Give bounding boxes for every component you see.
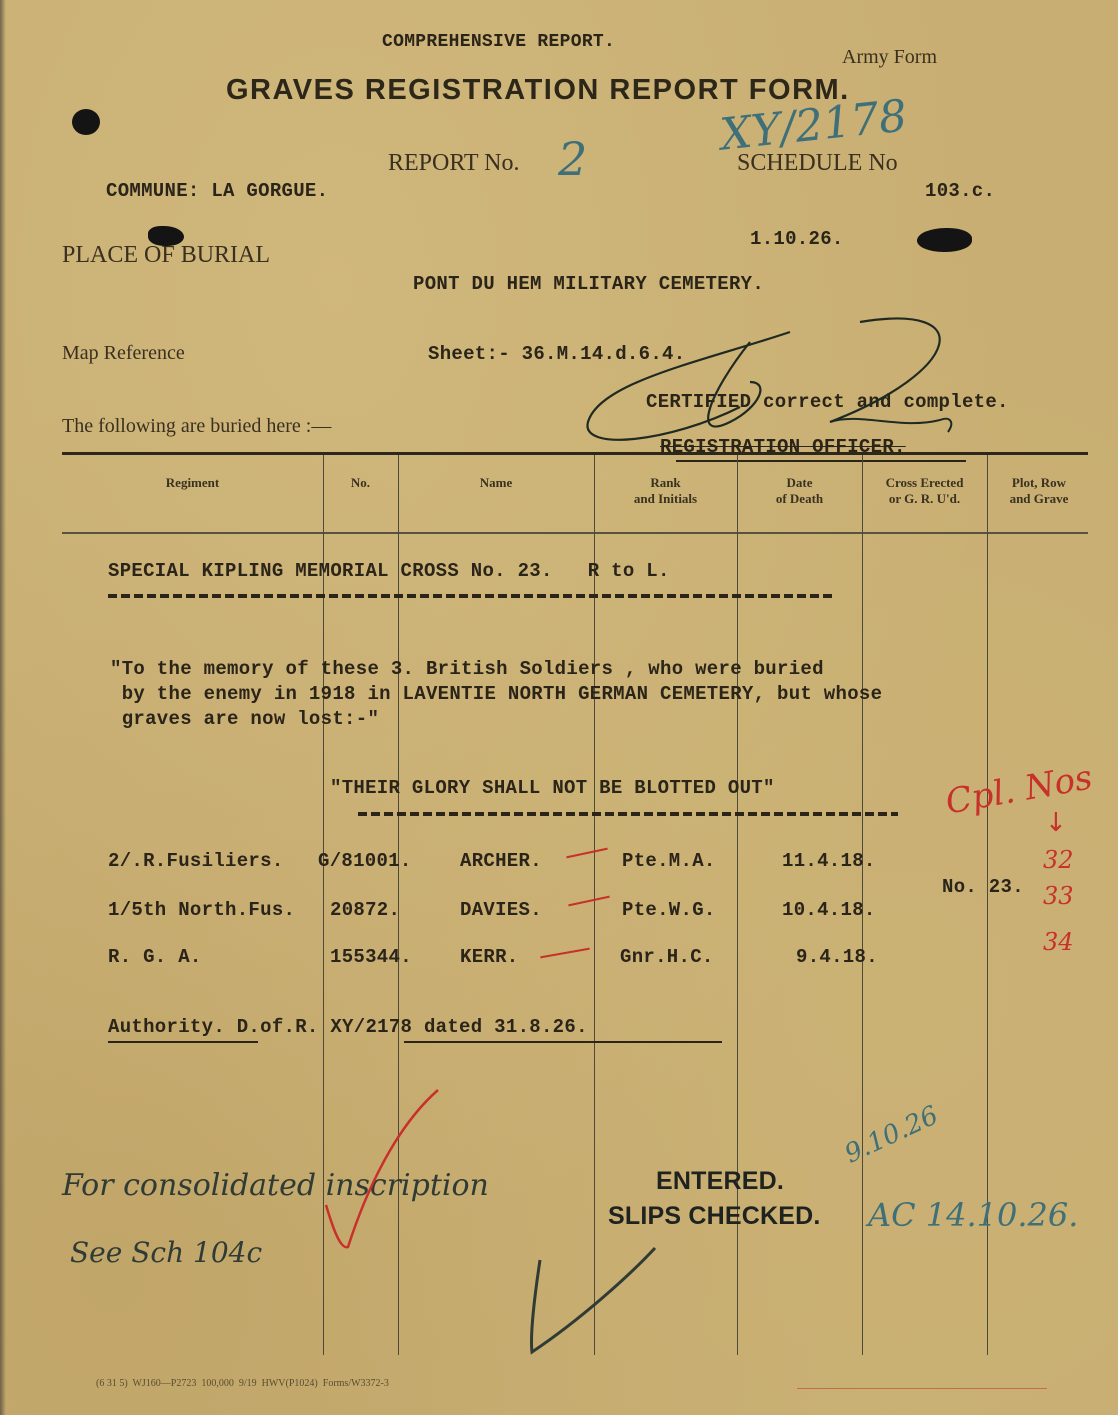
red-down-arrow-icon: ↓	[1045, 808, 1067, 838]
inscription-line-1: "To the memory of these 3. British Soldi…	[110, 658, 824, 680]
row-date: 11.4.18.	[782, 850, 876, 872]
comprehensive-report-heading: COMPREHENSIVE REPORT.	[382, 32, 615, 52]
row-date: 9.4.18.	[796, 946, 878, 968]
row-number: 155344.	[330, 946, 412, 968]
schedule-no-label: SCHEDULE No	[737, 150, 898, 177]
inscription-line-2: by the enemy in 1918 in LAVENTIE NORTH G…	[110, 683, 882, 705]
punch-hole-mark	[72, 109, 100, 135]
column-header-regiment: Regiment	[62, 475, 323, 491]
epitaph: "THEIR GLORY SHALL NOT BE BLOTTED OUT"	[330, 777, 775, 799]
inscription-line-3: graves are now lost:-"	[110, 708, 379, 730]
column-divider	[594, 455, 595, 1355]
column-header-rank: Rankand Initials	[594, 475, 737, 507]
stamp-slips-checked: SLIPS CHECKED.	[608, 1202, 821, 1231]
stamp-entered: ENTERED.	[656, 1167, 784, 1196]
column-header-name: Name	[398, 475, 594, 491]
cross-erected-value: No. 23.	[942, 876, 1024, 898]
red-corner-mark	[797, 1388, 1047, 1389]
epitaph-dashed-rule	[358, 812, 898, 816]
red-tick-mark	[568, 896, 609, 907]
check-mark-icon	[520, 1240, 670, 1360]
row-rank: Pte.W.G.	[622, 899, 716, 921]
red-tick-mark	[566, 848, 607, 859]
scan-edge-shadow	[0, 0, 6, 1415]
place-of-burial-label: PLACE OF BURIAL	[62, 242, 270, 269]
row-number: G/81001.	[318, 850, 412, 872]
row-date: 10.4.18.	[782, 899, 876, 921]
ink-blot	[917, 228, 972, 252]
row-rank: Gnr.H.C.	[620, 946, 714, 968]
form-title: GRAVES REGISTRATION REPORT FORM.	[226, 74, 850, 107]
commune: COMMUNE: LA GORGUE.	[106, 180, 328, 202]
authority-underline-2	[404, 1041, 722, 1043]
table-top-rule	[62, 452, 1088, 455]
report-no-label: REPORT No.	[388, 150, 519, 177]
row-plot-handwritten: 33	[1043, 882, 1074, 910]
map-reference-label: Map Reference	[62, 342, 185, 365]
memorial-dashed-rule	[108, 594, 836, 598]
following-buried-label: The following are buried here :—	[62, 415, 331, 438]
row-regiment: R. G. A.	[108, 946, 202, 968]
red-check-mark-icon	[318, 1085, 448, 1255]
table-header-bottom-rule	[62, 532, 1088, 534]
red-tick-mark	[540, 948, 590, 959]
handwritten-see-schedule: See Sch 104c	[70, 1236, 262, 1269]
column-header-plot-row-grave: Plot, Rowand Grave	[987, 475, 1091, 507]
place-of-burial-value: PONT DU HEM MILITARY CEMETERY.	[413, 273, 764, 295]
row-regiment: 1/5th North.Fus.	[108, 899, 295, 921]
row-name: KERR.	[460, 946, 519, 968]
army-form-label: Army Form	[842, 46, 937, 69]
report-date: 1.10.26.	[750, 228, 844, 250]
row-plot-handwritten: 32	[1043, 846, 1074, 874]
handwritten-date-initials-1: 9.10.26	[840, 1100, 943, 1169]
column-header-cross-erected: Cross Erectedor G. R. U'd.	[862, 475, 987, 507]
column-header-date-of-death: Dateof Death	[737, 475, 862, 507]
row-regiment: 2/.R.Fusiliers.	[108, 850, 284, 872]
column-header-number: No.	[323, 475, 398, 491]
authority-underline-1	[108, 1041, 258, 1043]
report-number: 2	[558, 132, 587, 186]
row-name: ARCHER.	[460, 850, 542, 872]
authority-line: Authority. D.of.R. XY/2178 dated 31.8.26…	[108, 1016, 588, 1038]
form-print-footer: (6 31 5) WJ160—P2723 100,000 9/19 HWV(P1…	[96, 1378, 389, 1389]
row-number: 20872.	[330, 899, 400, 921]
red-annotation-cpl-nos: Cpl. Nos	[943, 757, 1096, 822]
row-plot-handwritten: 34	[1043, 928, 1074, 956]
schedule-number: 103.c.	[925, 180, 995, 202]
row-rank: Pte.M.A.	[622, 850, 716, 872]
row-name: DAVIES.	[460, 899, 542, 921]
handwritten-date-initials-2: AC 14.10.26.	[868, 1196, 1078, 1234]
memorial-title: SPECIAL KIPLING MEMORIAL CROSS No. 23. R…	[108, 560, 670, 582]
officer-signature	[580, 312, 980, 462]
